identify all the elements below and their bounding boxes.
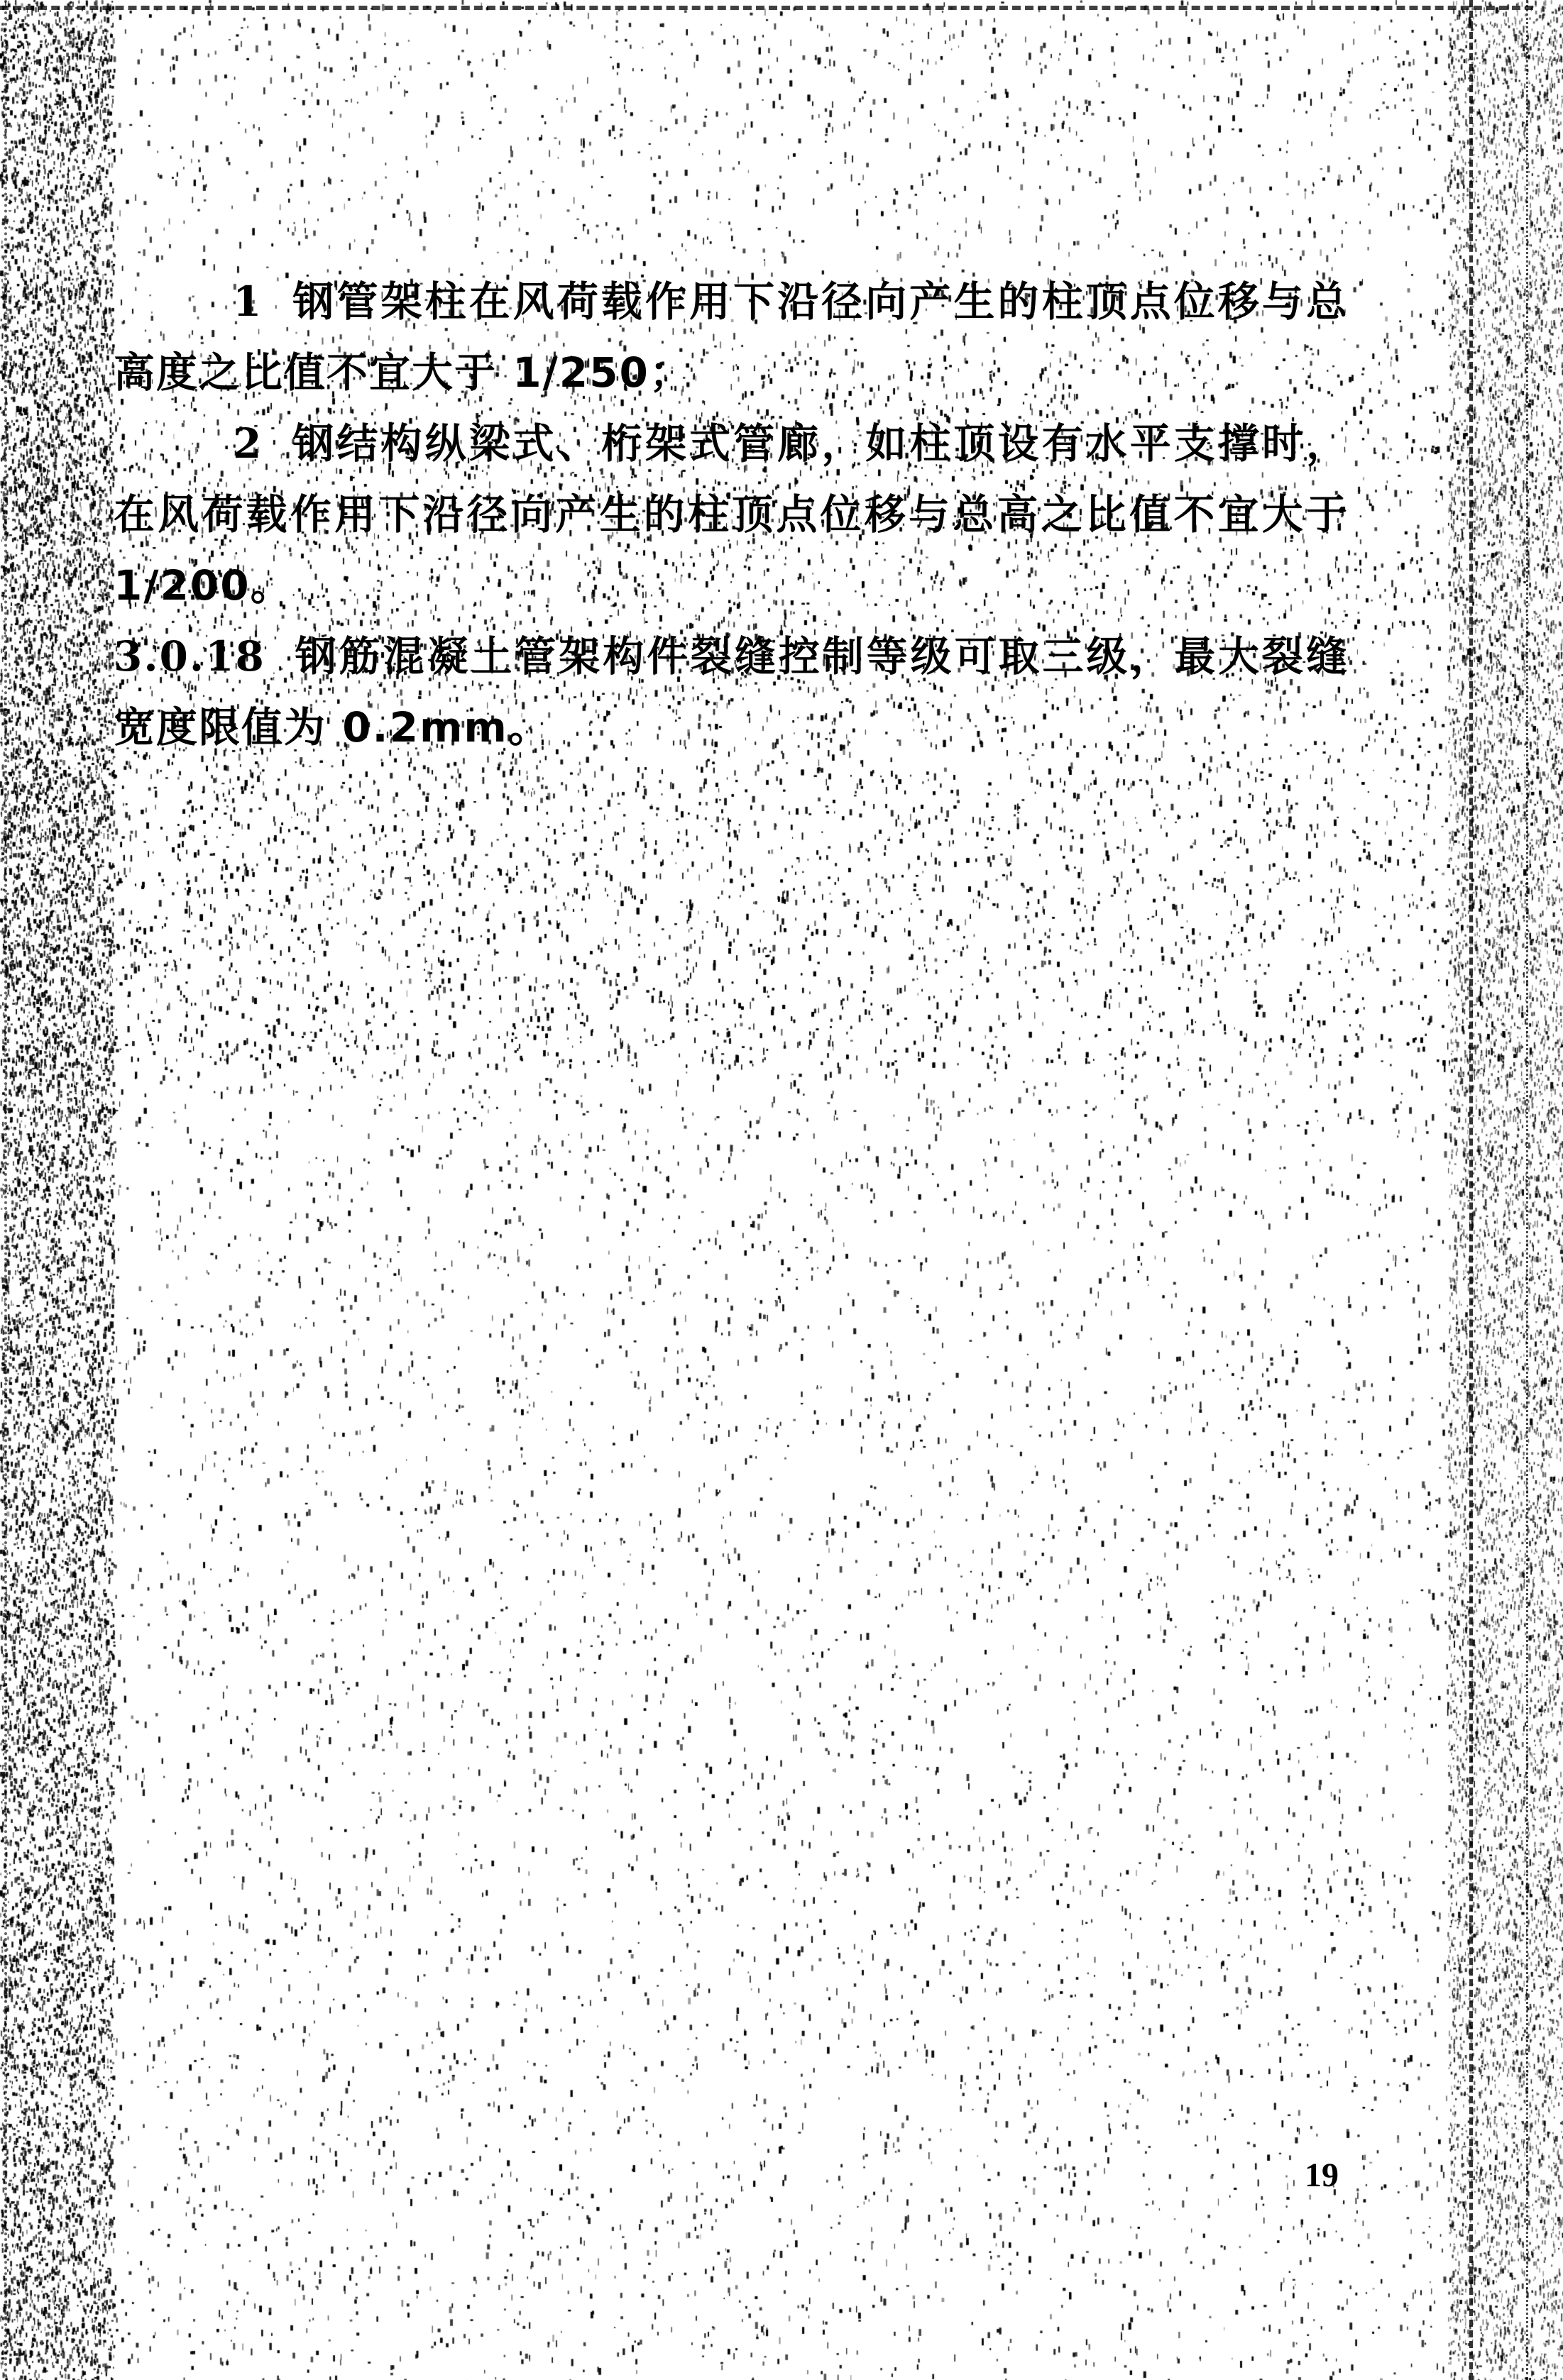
body-text: 1钢管架柱在风荷载作用下沿径向产生的柱顶点位移与总高度之比值不宜大于 1/250… <box>114 266 1349 763</box>
clause-number: 3.0.18 <box>114 632 265 681</box>
clause-3-0-18: 3.0.18钢筋混凝土管架构件裂缝控制等级可取三级，最大裂缝宽度限值为 0.2m… <box>114 621 1349 763</box>
paragraph-text: 钢筋混凝土管架构件裂缝控制等级可取三级，最大裂缝宽度限值为 0.2mm。 <box>114 632 1349 751</box>
page-number: 19 <box>1305 2156 1339 2195</box>
scan-edge-right <box>1469 0 1473 2380</box>
scan-edge-right-outer <box>1526 0 1528 2380</box>
paragraph-text: 钢管架柱在风荷载作用下沿径向产生的柱顶点位移与总高度之比值不宜大于 1/250； <box>114 277 1349 397</box>
scan-edge-left <box>4 0 7 2380</box>
paragraph-item-2: 2钢结构纵梁式、桁架式管廊，如柱顶设有水平支撑时，在风荷载作用下沿径向产生的柱顶… <box>114 408 1349 621</box>
scan-edge-top <box>0 6 1533 10</box>
paragraph-text: 钢结构纵梁式、桁架式管廊，如柱顶设有水平支撑时，在风荷载作用下沿径向产生的柱顶点… <box>114 419 1349 610</box>
item-number: 2 <box>233 419 263 468</box>
paragraph-item-1: 1钢管架柱在风荷载作用下沿径向产生的柱顶点位移与总高度之比值不宜大于 1/250… <box>114 266 1349 408</box>
item-number: 1 <box>233 277 263 326</box>
